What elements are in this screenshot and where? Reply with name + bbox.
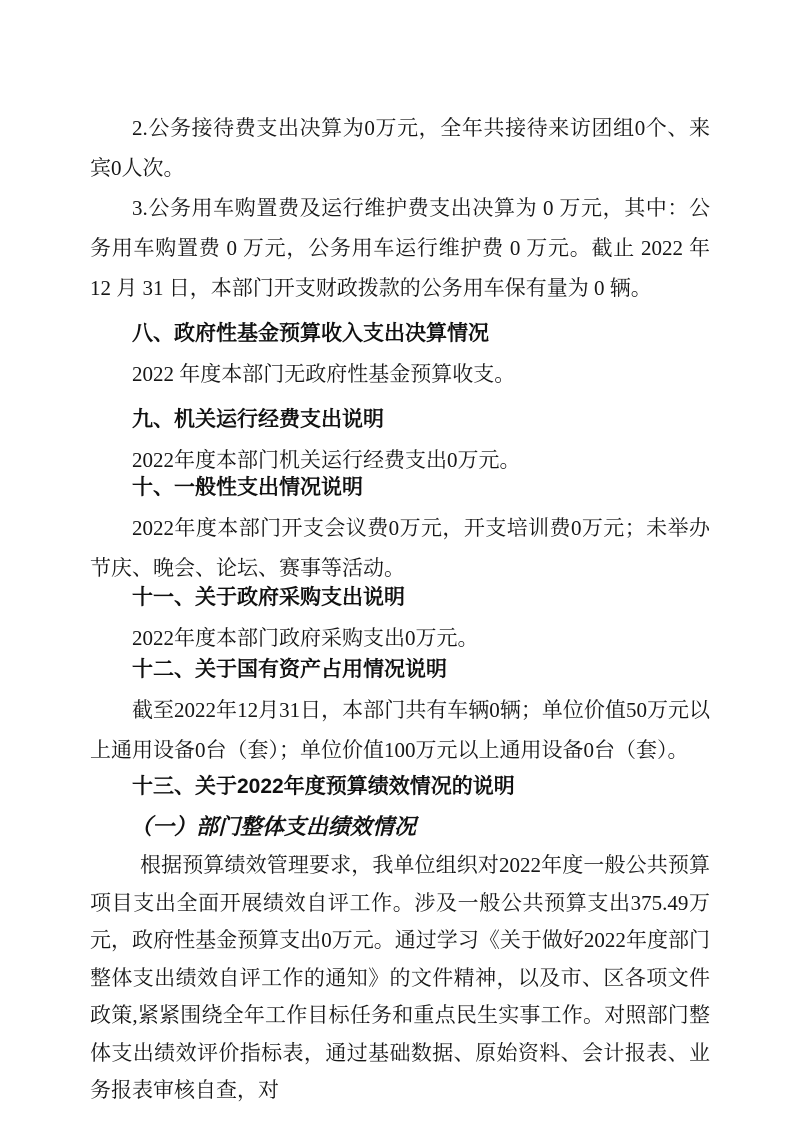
document-page: 2.公务接待费支出决算为0万元，全年共接待来访团组0个、来 宾0人次。 3.公务… [0,0,794,1122]
page-content: 2.公务接待费支出决算为0万元，全年共接待来访团组0个、来 宾0人次。 3.公务… [90,108,710,1110]
heading-section-13-budget-performance: 十三、关于2022年度预算绩效情况的说明 [90,767,710,807]
heading-section-12-state-assets: 十二、关于国有资产占用情况说明 [90,650,710,690]
heading-section-8-gov-fund-budget: 八、政府性基金预算收入支出决算情况 [90,314,710,354]
para-general-expense: 2022年度本部门开支会议费0万元，开支培训费0万元；未举办节庆、晚会、论坛、赛… [90,508,710,588]
para-reception-expense: 2.公务接待费支出决算为0万元，全年共接待来访团组0个、来 宾0人次。 [90,108,710,188]
para-performance-self-evaluation: 根据预算绩效管理要求，我单位组织对2022年度一般公共预算项目支出全面开展绩效自… [90,847,710,1110]
para-state-assets: 截至2022年12月31日，本部门共有车辆0辆；单位价值50万元以上通用设备0台… [90,690,710,770]
para-gov-fund-budget: 2022 年度本部门无政府性基金预算收支。 [90,354,710,394]
para-vehicle-expense: 3.公务用车购置费及运行维护费支出决算为 0 万元，其中：公务用车购置费 0 万… [90,188,710,308]
heading-section-9-operating-expense: 九、机关运行经费支出说明 [90,400,710,440]
subheading-dept-overall-performance: （一）部门整体支出绩效情况 [90,807,710,847]
heading-section-11-procurement: 十一、关于政府采购支出说明 [90,578,710,618]
